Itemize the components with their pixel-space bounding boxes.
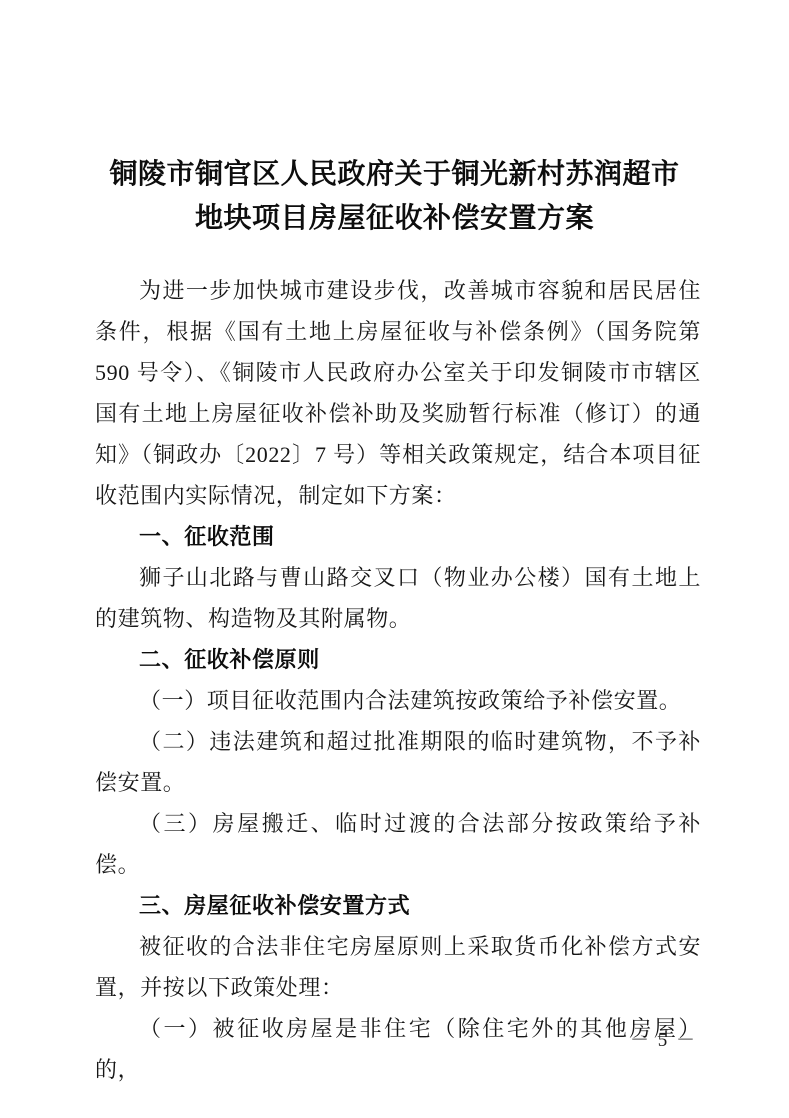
paragraph-principle-2: （二）违法建筑和超过批准期限的临时建筑物，不予补偿安置。 <box>95 721 701 803</box>
paragraph-compensation-item-1: （一）被征收房屋是非住宅（除住宅外的其他房屋）的， <box>95 1008 701 1090</box>
document-body: 为进一步加快城市建设步伐，改善城市容貌和居民居住条件，根据《国有土地上房屋征收与… <box>95 270 701 1090</box>
paragraph-compensation-method: 被征收的合法非住宅房屋原则上采取货币化补偿方式安置，并按以下政策处理： <box>95 926 701 1008</box>
document-title: 铜陵市铜官区人民政府关于铜光新村苏润超市 地块项目房屋征收补偿安置方案 <box>55 152 734 240</box>
document-title-line-1: 铜陵市铜官区人民政府关于铜光新村苏润超市 <box>109 158 679 189</box>
document-page: 铜陵市铜官区人民政府关于铜光新村苏润超市 地块项目房屋征收补偿安置方案 为进一步… <box>0 0 789 1118</box>
section-heading-2: 二、征收补偿原则 <box>95 639 701 680</box>
page-number: － 5 － <box>630 1025 697 1052</box>
section-heading-1: 一、征收范围 <box>95 516 701 557</box>
paragraph-intro: 为进一步加快城市建设步伐，改善城市容貌和居民居住条件，根据《国有土地上房屋征收与… <box>95 270 701 516</box>
section-heading-3: 三、房屋征收补偿安置方式 <box>95 885 701 926</box>
document-title-line-2: 地块项目房屋征收补偿安置方案 <box>195 202 594 233</box>
paragraph-scope: 狮子山北路与曹山路交叉口（物业办公楼）国有土地上的建筑物、构造物及其附属物。 <box>95 557 701 639</box>
paragraph-principle-1: （一）项目征收范围内合法建筑按政策给予补偿安置。 <box>95 680 701 721</box>
paragraph-principle-3: （三）房屋搬迁、临时过渡的合法部分按政策给予补偿。 <box>95 803 701 885</box>
